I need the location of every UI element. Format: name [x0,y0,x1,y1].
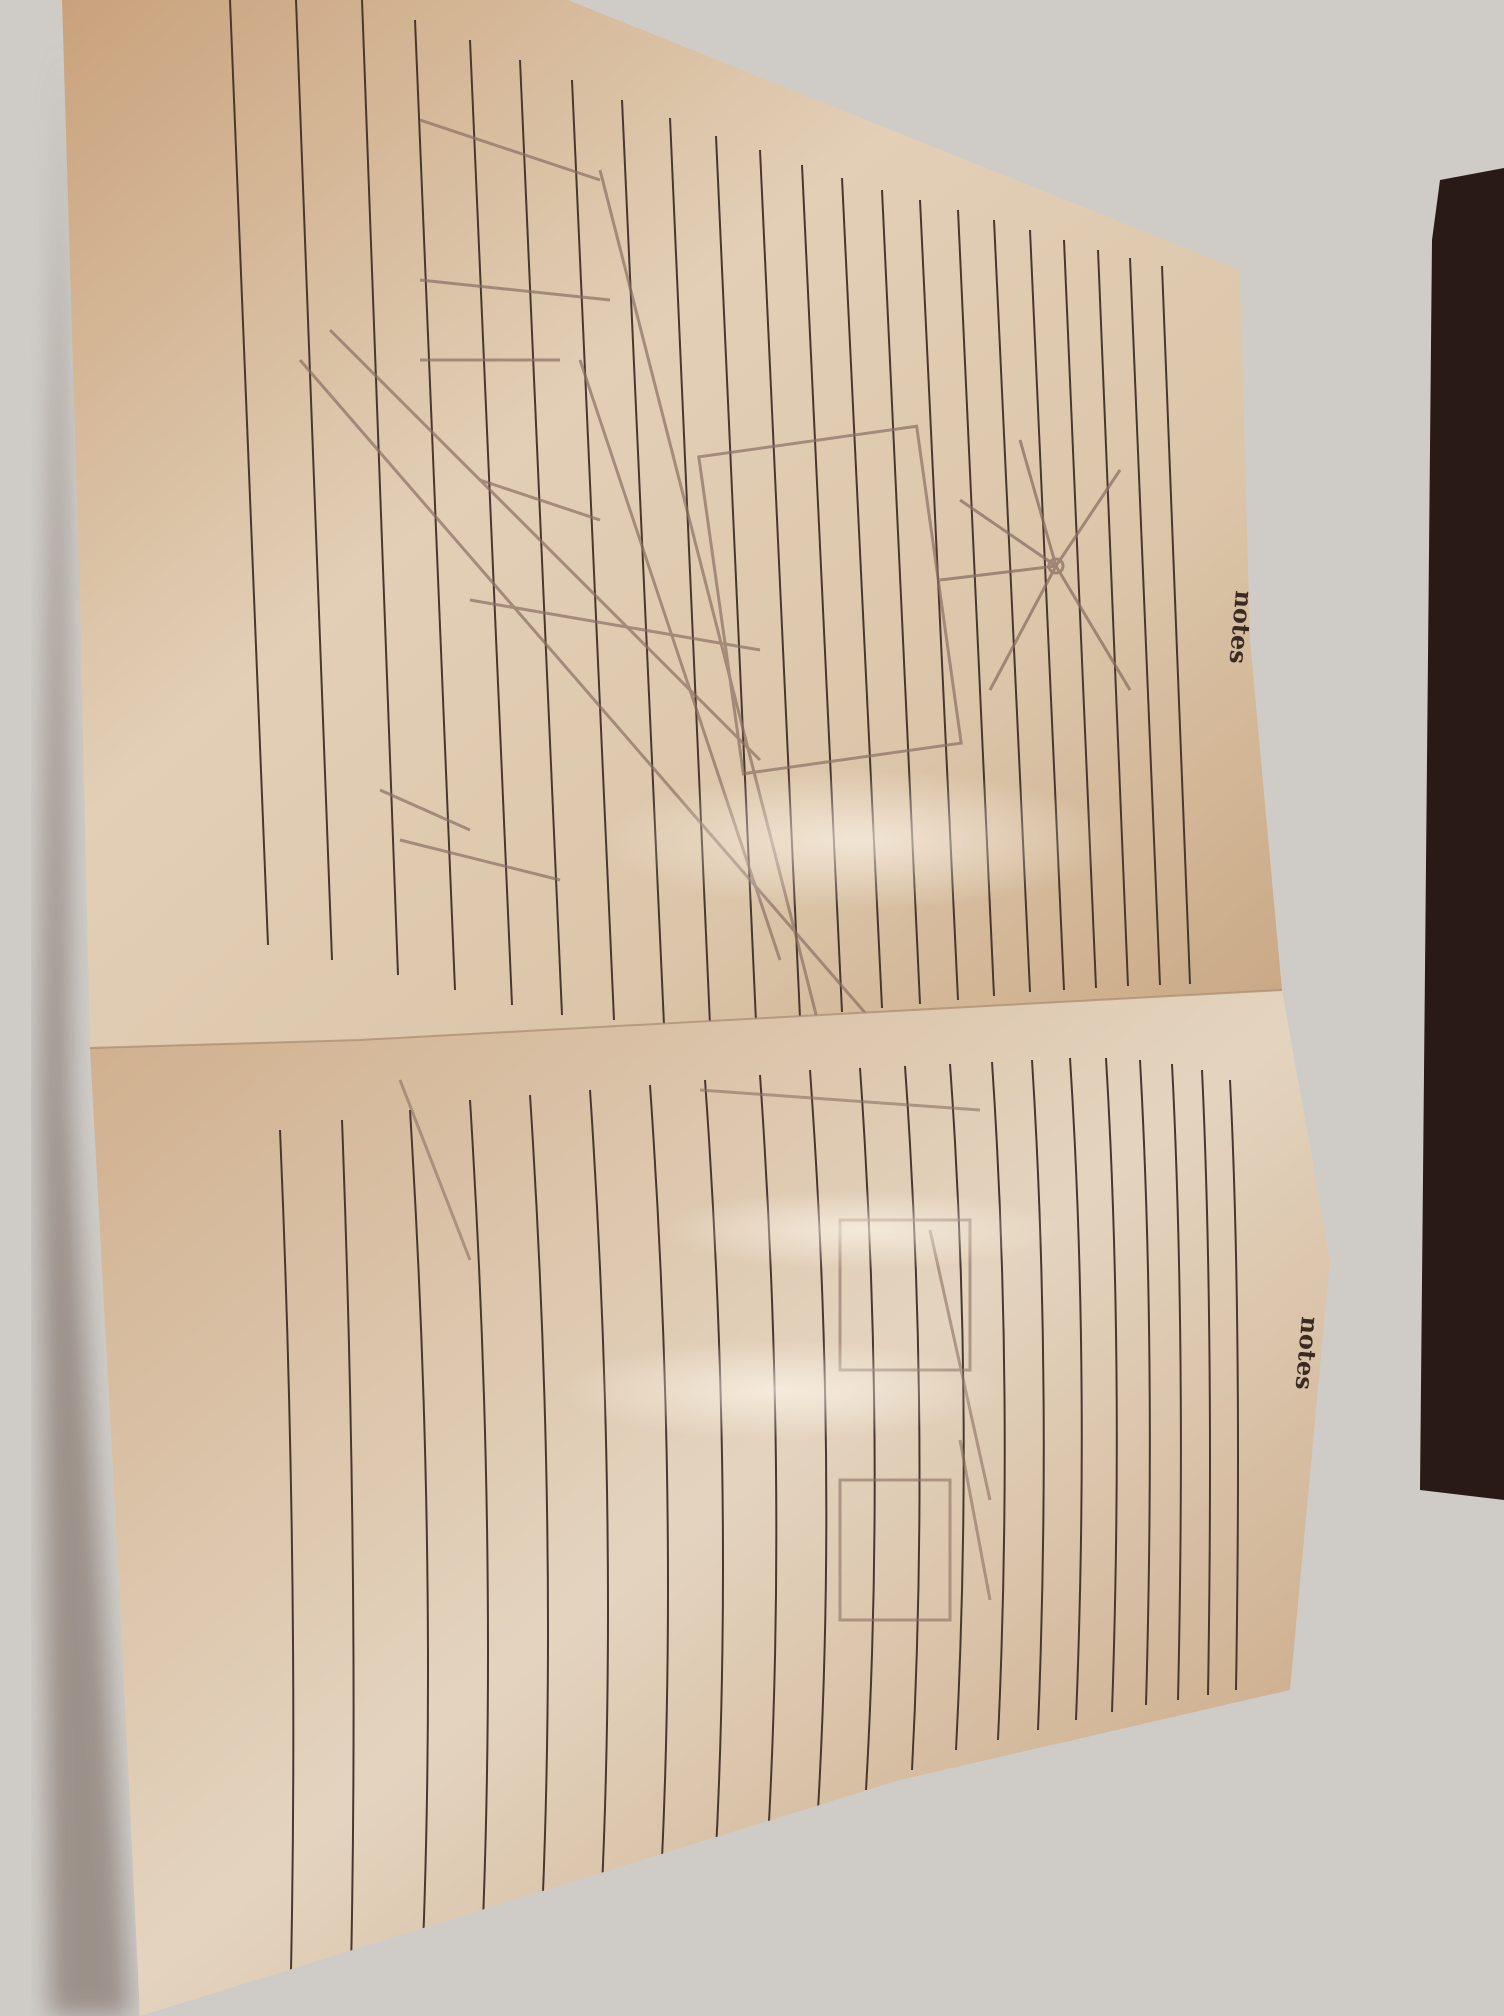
light-glare [600,770,1120,910]
bottom-page: notes [90,990,1330,2016]
top-page: notes [62,0,1282,1048]
light-glare [560,1340,1000,1440]
light-glare [660,1190,1060,1270]
dark-object [1420,168,1504,1500]
notebook-photo: notes [0,0,1504,2016]
